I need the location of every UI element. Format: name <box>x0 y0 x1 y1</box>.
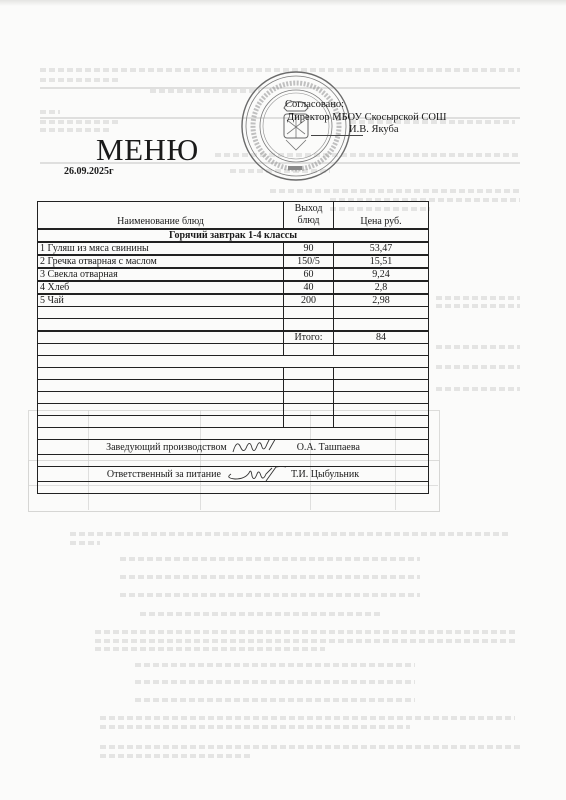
menu-table: Наименование блюд Выход блюд Цена руб. Г… <box>37 201 429 494</box>
empty-row <box>38 368 429 380</box>
dish-name: 5 Чай <box>38 294 284 307</box>
header-dish-name: Наименование блюд <box>38 202 284 230</box>
header-yield-line1: Выход <box>295 203 323 214</box>
total-value: 84 <box>334 331 429 344</box>
empty-full-row <box>38 428 429 440</box>
dish-price: 2,8 <box>334 281 429 294</box>
table-row: 5 Чай 200 2,98 <box>38 294 429 307</box>
dish-yield: 150/5 <box>284 255 334 268</box>
page-title: МЕНЮ <box>96 134 199 165</box>
approver-name: И.В. Якуба <box>349 123 399 136</box>
table-row: 4 Хлеб 40 2,8 <box>38 281 429 294</box>
dish-price: 9,24 <box>334 268 429 281</box>
table-header-row: Наименование блюд Выход блюд Цена руб. <box>38 202 429 230</box>
total-row: Итого: 84 <box>38 331 429 344</box>
signature-name: Т.И. Цыбульник <box>291 469 359 480</box>
dish-name: 3 Свекла отварная <box>38 268 284 281</box>
dish-yield: 200 <box>284 294 334 307</box>
empty-row <box>38 319 429 332</box>
header-yield: Выход блюд <box>284 202 334 230</box>
section-title: Горячий завтрак 1-4 классы <box>38 229 429 242</box>
approval-label: Согласовано: <box>285 98 344 111</box>
empty-row <box>38 392 429 404</box>
dish-name: 1 Гуляш из мяса свинины <box>38 242 284 255</box>
dish-name: 2 Гречка отварная с маслом <box>38 255 284 268</box>
handwritten-signature-icon <box>231 440 293 454</box>
empty-full-row <box>38 482 429 494</box>
total-label: Итого: <box>284 331 334 344</box>
official-seal-icon <box>240 70 352 182</box>
section-row: Горячий завтрак 1-4 классы <box>38 229 429 242</box>
handwritten-signature-icon <box>225 467 287 481</box>
empty-row <box>38 307 429 319</box>
dish-yield: 60 <box>284 268 334 281</box>
table-row: 2 Гречка отварная с маслом 150/5 15,51 <box>38 255 429 268</box>
empty-full-row <box>38 455 429 467</box>
signature-role: Заведующий производством <box>106 442 227 453</box>
header-price: Цена руб. <box>334 202 429 230</box>
signature-role: Ответственный за питание <box>107 469 221 480</box>
header-yield-line2: блюд <box>298 215 320 226</box>
dish-yield: 90 <box>284 242 334 255</box>
menu-date: 26.09.2025г <box>64 166 114 177</box>
dish-name: 4 Хлеб <box>38 281 284 294</box>
signature-name: О.А. Ташпаева <box>297 442 360 453</box>
empty-row <box>38 344 429 356</box>
dish-price: 53,47 <box>334 242 429 255</box>
empty-row <box>38 380 429 392</box>
signature-row: Заведующий производством О.А. Ташпаева <box>38 440 429 455</box>
signature-row: Ответственный за питание Т.И. Цыбульник <box>38 467 429 482</box>
dish-price: 15,51 <box>334 255 429 268</box>
table-row: 3 Свекла отварная 60 9,24 <box>38 268 429 281</box>
dish-price: 2,98 <box>334 294 429 307</box>
empty-row <box>38 416 429 428</box>
dish-yield: 40 <box>284 281 334 294</box>
table-row: 1 Гуляш из мяса свинины 90 53,47 <box>38 242 429 255</box>
empty-full-row <box>38 356 429 368</box>
page-top-edge <box>0 0 566 6</box>
empty-row <box>38 404 429 416</box>
